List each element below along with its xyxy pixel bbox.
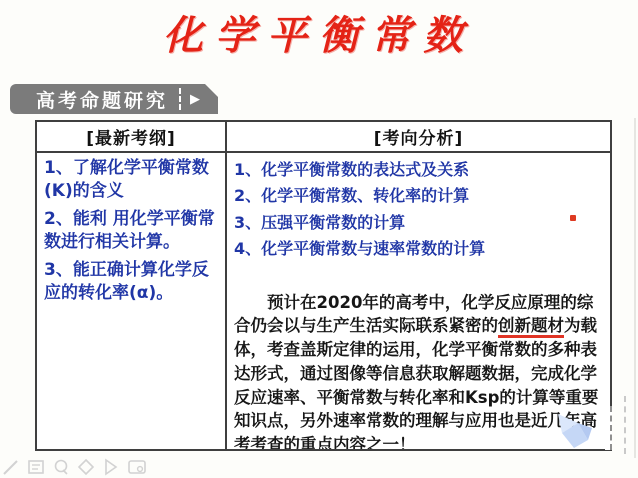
exam-outline-table: [最新考纲] [考向分析] 1、了解化学平衡常数(K)的含义 2、能利 用化学平…	[35, 120, 612, 451]
cursor-icon[interactable]	[102, 458, 120, 476]
slide-title: 化学平衡常数	[0, 4, 638, 61]
analysis-paragraph: 预计在2020年的高考中，化学反应原理的综合仍会以与生产生活实际联系紧密的创新题…	[234, 291, 603, 449]
exam-outline-cell: 1、了解化学平衡常数(K)的含义 2、能利 用化学平衡常数进行相关计算。 3、能…	[37, 153, 227, 449]
eraser-icon[interactable]	[77, 458, 95, 476]
outline-item: 2、能利 用化学平衡常数进行相关计算。	[44, 208, 218, 255]
analysis-item: 4、化学平衡常数与速率常数的计算	[234, 236, 603, 262]
outline-item: 1、了解化学平衡常数(K)的含义	[44, 157, 218, 204]
play-arrow-icon: ▶	[190, 93, 204, 106]
slide-edge-line	[634, 118, 636, 458]
exam-analysis-cell: 1、化学平衡常数的表达式及关系 2、化学平衡常数、转化率的计算 3、压强平衡常数…	[227, 153, 610, 449]
analysis-item: 2、化学平衡常数、转化率的计算	[234, 183, 603, 209]
table-header-right: [考向分析]	[227, 122, 610, 153]
red-underlined-phrase: 创新题材	[498, 316, 564, 338]
whiteboard-icon[interactable]	[27, 458, 45, 476]
slides-icon[interactable]	[127, 458, 147, 476]
section-banner-label: 高考命题研究	[36, 86, 168, 113]
annotation-toolbar	[2, 458, 147, 476]
outline-item: 3、能正确计算化学反应的转化率(α)。	[44, 259, 218, 306]
section-banner: 高考命题研究 ▶	[10, 84, 218, 114]
watermark-logo-icon	[552, 406, 600, 452]
analysis-item: 3、压强平衡常数的计算	[234, 210, 603, 236]
laser-pointer-icon[interactable]	[52, 458, 70, 476]
table-header-left: [最新考纲]	[37, 122, 227, 153]
banner-dashed-divider	[179, 88, 181, 110]
analysis-item: 1、化学平衡常数的表达式及关系	[234, 157, 603, 183]
red-dot-annotation	[570, 215, 576, 221]
dashed-marquee-line	[624, 396, 626, 454]
table-border-dashed-segment	[605, 406, 612, 450]
pen-icon[interactable]	[2, 458, 20, 476]
